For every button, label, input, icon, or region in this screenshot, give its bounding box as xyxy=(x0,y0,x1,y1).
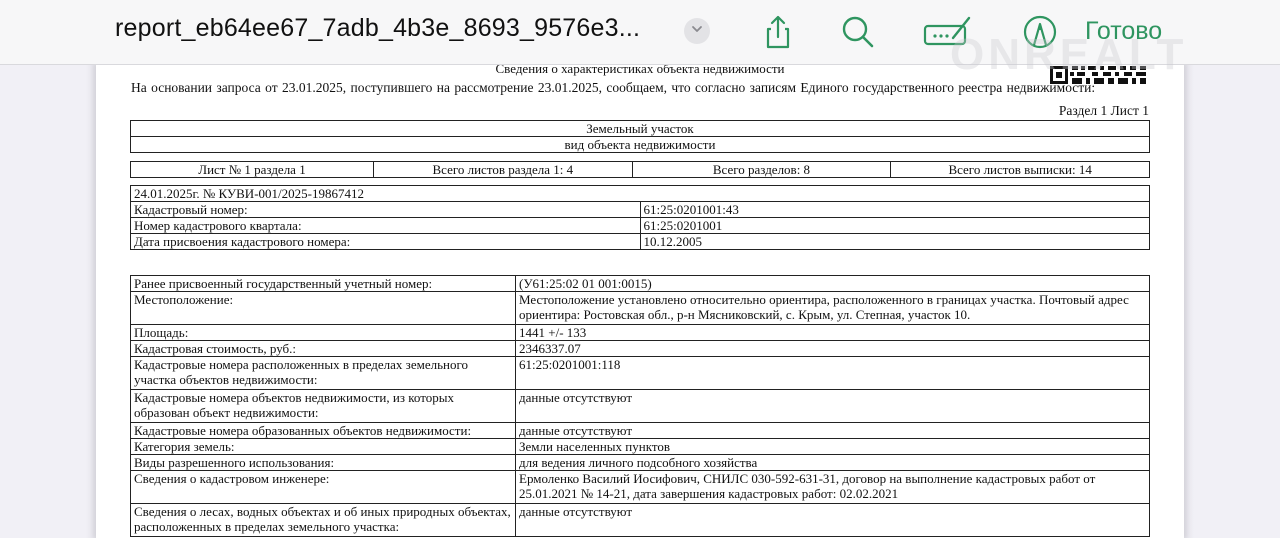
document-title[interactable]: report_eb64ee67_7adb_4b3e_8693_9576e3... xyxy=(115,14,640,43)
table-row: Местоположение: Местоположение установле… xyxy=(131,292,1150,325)
table-row: Виды разрешенного использования: для вед… xyxy=(131,455,1150,471)
table-row: Кадастровые номера объектов недвижимости… xyxy=(131,390,1150,423)
qr-code xyxy=(1048,64,1148,91)
row-label: Виды разрешенного использования: xyxy=(131,455,516,471)
row-label: Кадастровый номер: xyxy=(131,202,641,218)
row-label: Кадастровые номера образованных объектов… xyxy=(131,423,516,439)
row-value: для ведения личного подсобного хозяйства xyxy=(516,455,1150,471)
row-value: данные отсутствуют xyxy=(516,390,1150,423)
row-value: 2346337.07 xyxy=(516,341,1150,357)
sheet-number: Лист № 1 раздела 1 xyxy=(131,162,374,178)
row-label: Кадастровые номера расположенных в преде… xyxy=(131,357,516,390)
page-shadow-right xyxy=(1184,64,1194,538)
sections-total: Всего разделов: 8 xyxy=(632,162,891,178)
pdf-page: Сведения о характеристиках объекта недви… xyxy=(96,64,1184,538)
row-label: Площадь: xyxy=(131,325,516,341)
cadastral-quarter: 61:25:0201001 xyxy=(640,218,1150,234)
table-row: Кадастровые номера образованных объектов… xyxy=(131,423,1150,439)
chevron-down-icon xyxy=(690,22,704,41)
signature-icon xyxy=(922,12,974,52)
row-label: Номер кадастрового квартала: xyxy=(131,218,641,234)
page-shadow-left xyxy=(86,64,96,538)
table-row: Номер кадастрового квартала: 61:25:02010… xyxy=(131,218,1150,234)
object-type-caption: вид объекта недвижимости xyxy=(131,137,1150,153)
row-value: (У61:25:02 01 001:0015) xyxy=(516,276,1150,292)
table-row: Ранее присвоенный государственный учетны… xyxy=(131,276,1150,292)
cadastral-number: 61:25:0201001:43 xyxy=(640,202,1150,218)
table-row: Сведения о лесах, водных объектах и об и… xyxy=(131,504,1150,537)
main-info-table: 24.01.2025г. № КУВИ-001/2025-19867412 Ка… xyxy=(130,185,1150,250)
row-value: данные отсутствуют xyxy=(516,504,1150,537)
search-button[interactable] xyxy=(838,12,878,52)
markup-pen-icon xyxy=(1020,12,1060,52)
row-label: Ранее присвоенный государственный учетны… xyxy=(131,276,516,292)
extract-number: 24.01.2025г. № КУВИ-001/2025-19867412 xyxy=(131,186,1150,202)
row-value: 61:25:0201001:118 xyxy=(516,357,1150,390)
signature-button[interactable] xyxy=(922,12,974,52)
row-value: Местоположение установлено относительно … xyxy=(516,292,1150,325)
row-label: Сведения о лесах, водных объектах и об и… xyxy=(131,504,516,537)
share-button[interactable] xyxy=(758,12,798,52)
extract-sheets-total: Всего листов выписки: 14 xyxy=(891,162,1150,178)
table-row: Сведения о кадастровом инженере: Ермолен… xyxy=(131,471,1150,504)
row-label: Местоположение: xyxy=(131,292,516,325)
details-table: Ранее присвоенный государственный учетны… xyxy=(130,275,1150,537)
object-type-table: Земельный участок вид объекта недвижимос… xyxy=(130,120,1150,153)
sheets-table: Лист № 1 раздела 1 Всего листов раздела … xyxy=(130,161,1150,178)
row-value: Ермоленко Василий Иосифович, СНИЛС 030-5… xyxy=(516,471,1150,504)
title-menu-button[interactable] xyxy=(684,18,710,44)
share-icon xyxy=(758,12,798,52)
row-value: 1441 +/- 133 xyxy=(516,325,1150,341)
row-label: Категория земель: xyxy=(131,439,516,455)
markup-button[interactable] xyxy=(1020,12,1060,52)
toolbar: report_eb64ee67_7adb_4b3e_8693_9576e3... xyxy=(0,0,1280,65)
table-row: Площадь: 1441 +/- 133 xyxy=(131,325,1150,341)
row-label: Дата присвоения кадастрового номера: xyxy=(131,234,641,250)
table-row: Кадастровые номера расположенных в преде… xyxy=(131,357,1150,390)
table-row: Кадастровая стоимость, руб.: 2346337.07 xyxy=(131,341,1150,357)
table-row: Кадастровый номер: 61:25:0201001:43 xyxy=(131,202,1150,218)
assignment-date: 10.12.2005 xyxy=(640,234,1150,250)
table-row: Категория земель: Земли населенных пункт… xyxy=(131,439,1150,455)
table-row: Дата присвоения кадастрового номера: 10.… xyxy=(131,234,1150,250)
intro-text: На основании запроса от 23.01.2025, пост… xyxy=(131,80,1095,96)
section-sheets-total: Всего листов раздела 1: 4 xyxy=(374,162,633,178)
search-icon xyxy=(838,12,878,52)
row-value: Земли населенных пунктов xyxy=(516,439,1150,455)
section-label: Раздел 1 Лист 1 xyxy=(1059,103,1149,119)
row-label: Кадастровая стоимость, руб.: xyxy=(131,341,516,357)
row-label: Кадастровые номера объектов недвижимости… xyxy=(131,390,516,423)
object-type: Земельный участок xyxy=(131,121,1150,137)
row-label: Сведения о кадастровом инженере: xyxy=(131,471,516,504)
done-button[interactable]: Готово xyxy=(1085,17,1162,46)
row-value: данные отсутствуют xyxy=(516,423,1150,439)
